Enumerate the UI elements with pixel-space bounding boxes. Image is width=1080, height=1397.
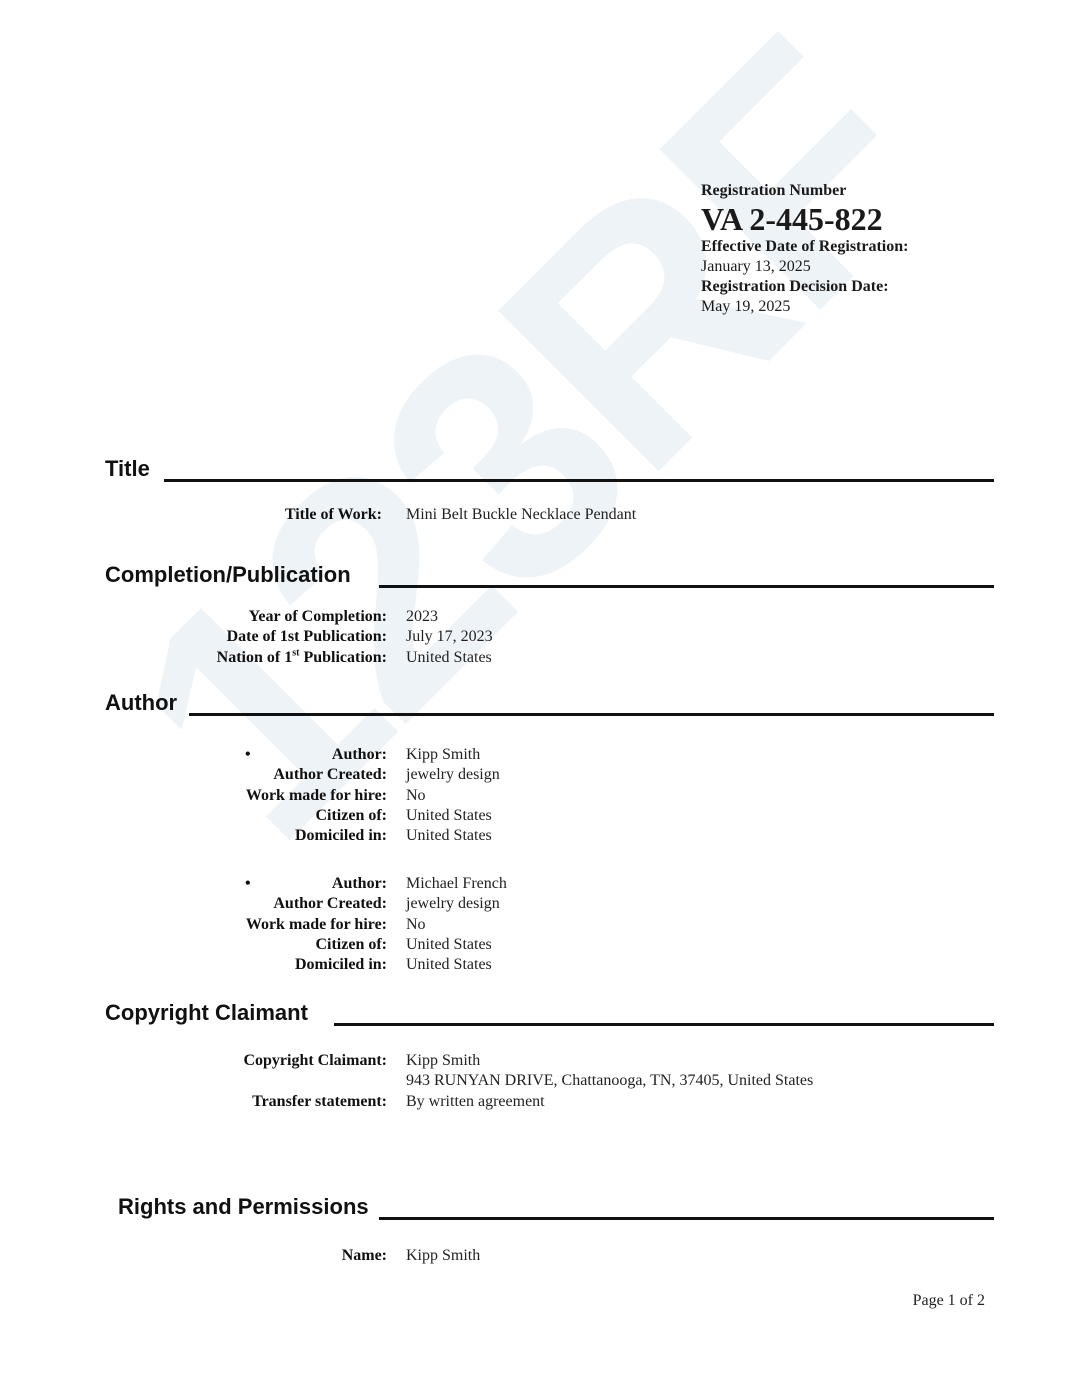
section-divider [379, 1217, 994, 1220]
field-row: 943 RUNYAN DRIVE, Chattanooga, TN, 37405… [97, 1071, 813, 1091]
field-row: Transfer statement: By written agreement [97, 1092, 813, 1112]
bullet-icon: • [245, 874, 251, 894]
field-row: Nation of 1st Publication: United States [97, 648, 493, 668]
field-label: Nation of 1st Publication: [97, 648, 387, 668]
field-label: Date of 1st Publication: [97, 627, 387, 647]
field-row: Author Created: jewelry design [97, 894, 507, 914]
field-row: Title of Work: Mini Belt Buckle Necklace… [92, 505, 636, 525]
completion-fields: Year of Completion: 2023 Date of 1st Pub… [97, 607, 493, 668]
section-completion-header: Completion/Publication [105, 562, 994, 588]
field-value: United States [387, 935, 492, 955]
field-label: Author Created: [97, 894, 387, 914]
effective-date-label: Effective Date of Registration: [701, 237, 908, 257]
rights-fields: Name: Kipp Smith [97, 1246, 480, 1266]
field-row: Domiciled in: United States [97, 826, 500, 846]
field-label: Citizen of: [97, 806, 387, 826]
field-label: Copyright Claimant: [97, 1051, 387, 1071]
claimant-fields: Copyright Claimant: Kipp Smith 943 RUNYA… [97, 1051, 813, 1112]
section-title-heading: Title [105, 456, 150, 482]
field-label: Domiciled in: [97, 826, 387, 846]
label-text: Author: [332, 875, 387, 892]
field-label: Citizen of: [97, 935, 387, 955]
author-1-fields: •Author: Kipp Smith Author Created: jewe… [97, 745, 500, 846]
field-label: Work made for hire: [97, 786, 387, 806]
field-value: 2023 [387, 607, 438, 627]
registration-block: Registration Number VA 2-445-822 Effecti… [701, 181, 908, 317]
registration-number: VA 2-445-822 [701, 201, 908, 237]
section-divider [164, 479, 994, 482]
label-text: Nation of 1 [217, 649, 293, 666]
section-divider [334, 1023, 994, 1026]
field-value: Kipp Smith [387, 1051, 480, 1071]
field-row: Citizen of: United States [97, 935, 507, 955]
field-value: United States [387, 826, 492, 846]
section-rights-heading: Rights and Permissions [118, 1194, 369, 1220]
field-row: Name: Kipp Smith [97, 1246, 480, 1266]
field-row: Work made for hire: No [97, 915, 507, 935]
title-fields: Title of Work: Mini Belt Buckle Necklace… [92, 505, 636, 525]
field-value: United States [387, 648, 492, 668]
field-row: •Author: Michael French [97, 874, 507, 894]
field-label: Transfer statement: [97, 1092, 387, 1112]
field-row: Date of 1st Publication: July 17, 2023 [97, 627, 493, 647]
field-label [97, 1071, 387, 1091]
decision-date-label: Registration Decision Date: [701, 277, 908, 297]
claimant-address: 943 RUNYAN DRIVE, Chattanooga, TN, 37405… [387, 1071, 813, 1091]
field-label: •Author: [97, 745, 387, 765]
registration-number-label: Registration Number [701, 181, 908, 201]
section-author-heading: Author [105, 690, 177, 716]
field-value: July 17, 2023 [387, 627, 493, 647]
field-value: jewelry design [387, 894, 500, 914]
field-row: Work made for hire: No [97, 786, 500, 806]
label-text: Publication: [299, 649, 387, 666]
section-claimant-header: Copyright Claimant [105, 1000, 994, 1026]
field-label: Year of Completion: [97, 607, 387, 627]
section-rights-header: Rights and Permissions [118, 1194, 994, 1220]
field-value: United States [387, 955, 492, 975]
field-value: Kipp Smith [387, 1246, 480, 1266]
section-title-header: Title [105, 456, 994, 482]
field-value: Mini Belt Buckle Necklace Pendant [382, 505, 636, 525]
section-author-header: Author [105, 690, 994, 716]
field-label: Author Created: [97, 765, 387, 785]
field-value: No [387, 915, 426, 935]
field-value: Kipp Smith [387, 745, 480, 765]
bullet-icon: • [245, 745, 251, 765]
field-value: jewelry design [387, 765, 500, 785]
author-2-fields: •Author: Michael French Author Created: … [97, 874, 507, 975]
field-row: Domiciled in: United States [97, 955, 507, 975]
section-claimant-heading: Copyright Claimant [105, 1000, 308, 1026]
field-value: No [387, 786, 426, 806]
field-label: Title of Work: [92, 505, 382, 525]
section-divider [189, 713, 994, 716]
effective-date: January 13, 2025 [701, 257, 908, 277]
field-label: Work made for hire: [97, 915, 387, 935]
section-completion-heading: Completion/Publication [105, 562, 351, 588]
field-label: Domiciled in: [97, 955, 387, 975]
field-value: By written agreement [387, 1092, 545, 1112]
label-text: Author: [332, 746, 387, 763]
field-row: Citizen of: United States [97, 806, 500, 826]
section-divider [379, 585, 994, 588]
field-row: •Author: Kipp Smith [97, 745, 500, 765]
field-value: Michael French [387, 874, 507, 894]
field-value: United States [387, 806, 492, 826]
document-page: Registration Number VA 2-445-822 Effecti… [0, 0, 1080, 1397]
page-number: Page 1 of 2 [913, 1292, 985, 1310]
field-row: Year of Completion: 2023 [97, 607, 493, 627]
field-label: Name: [97, 1246, 387, 1266]
field-label: •Author: [97, 874, 387, 894]
decision-date: May 19, 2025 [701, 297, 908, 317]
field-row: Author Created: jewelry design [97, 765, 500, 785]
field-row: Copyright Claimant: Kipp Smith [97, 1051, 813, 1071]
